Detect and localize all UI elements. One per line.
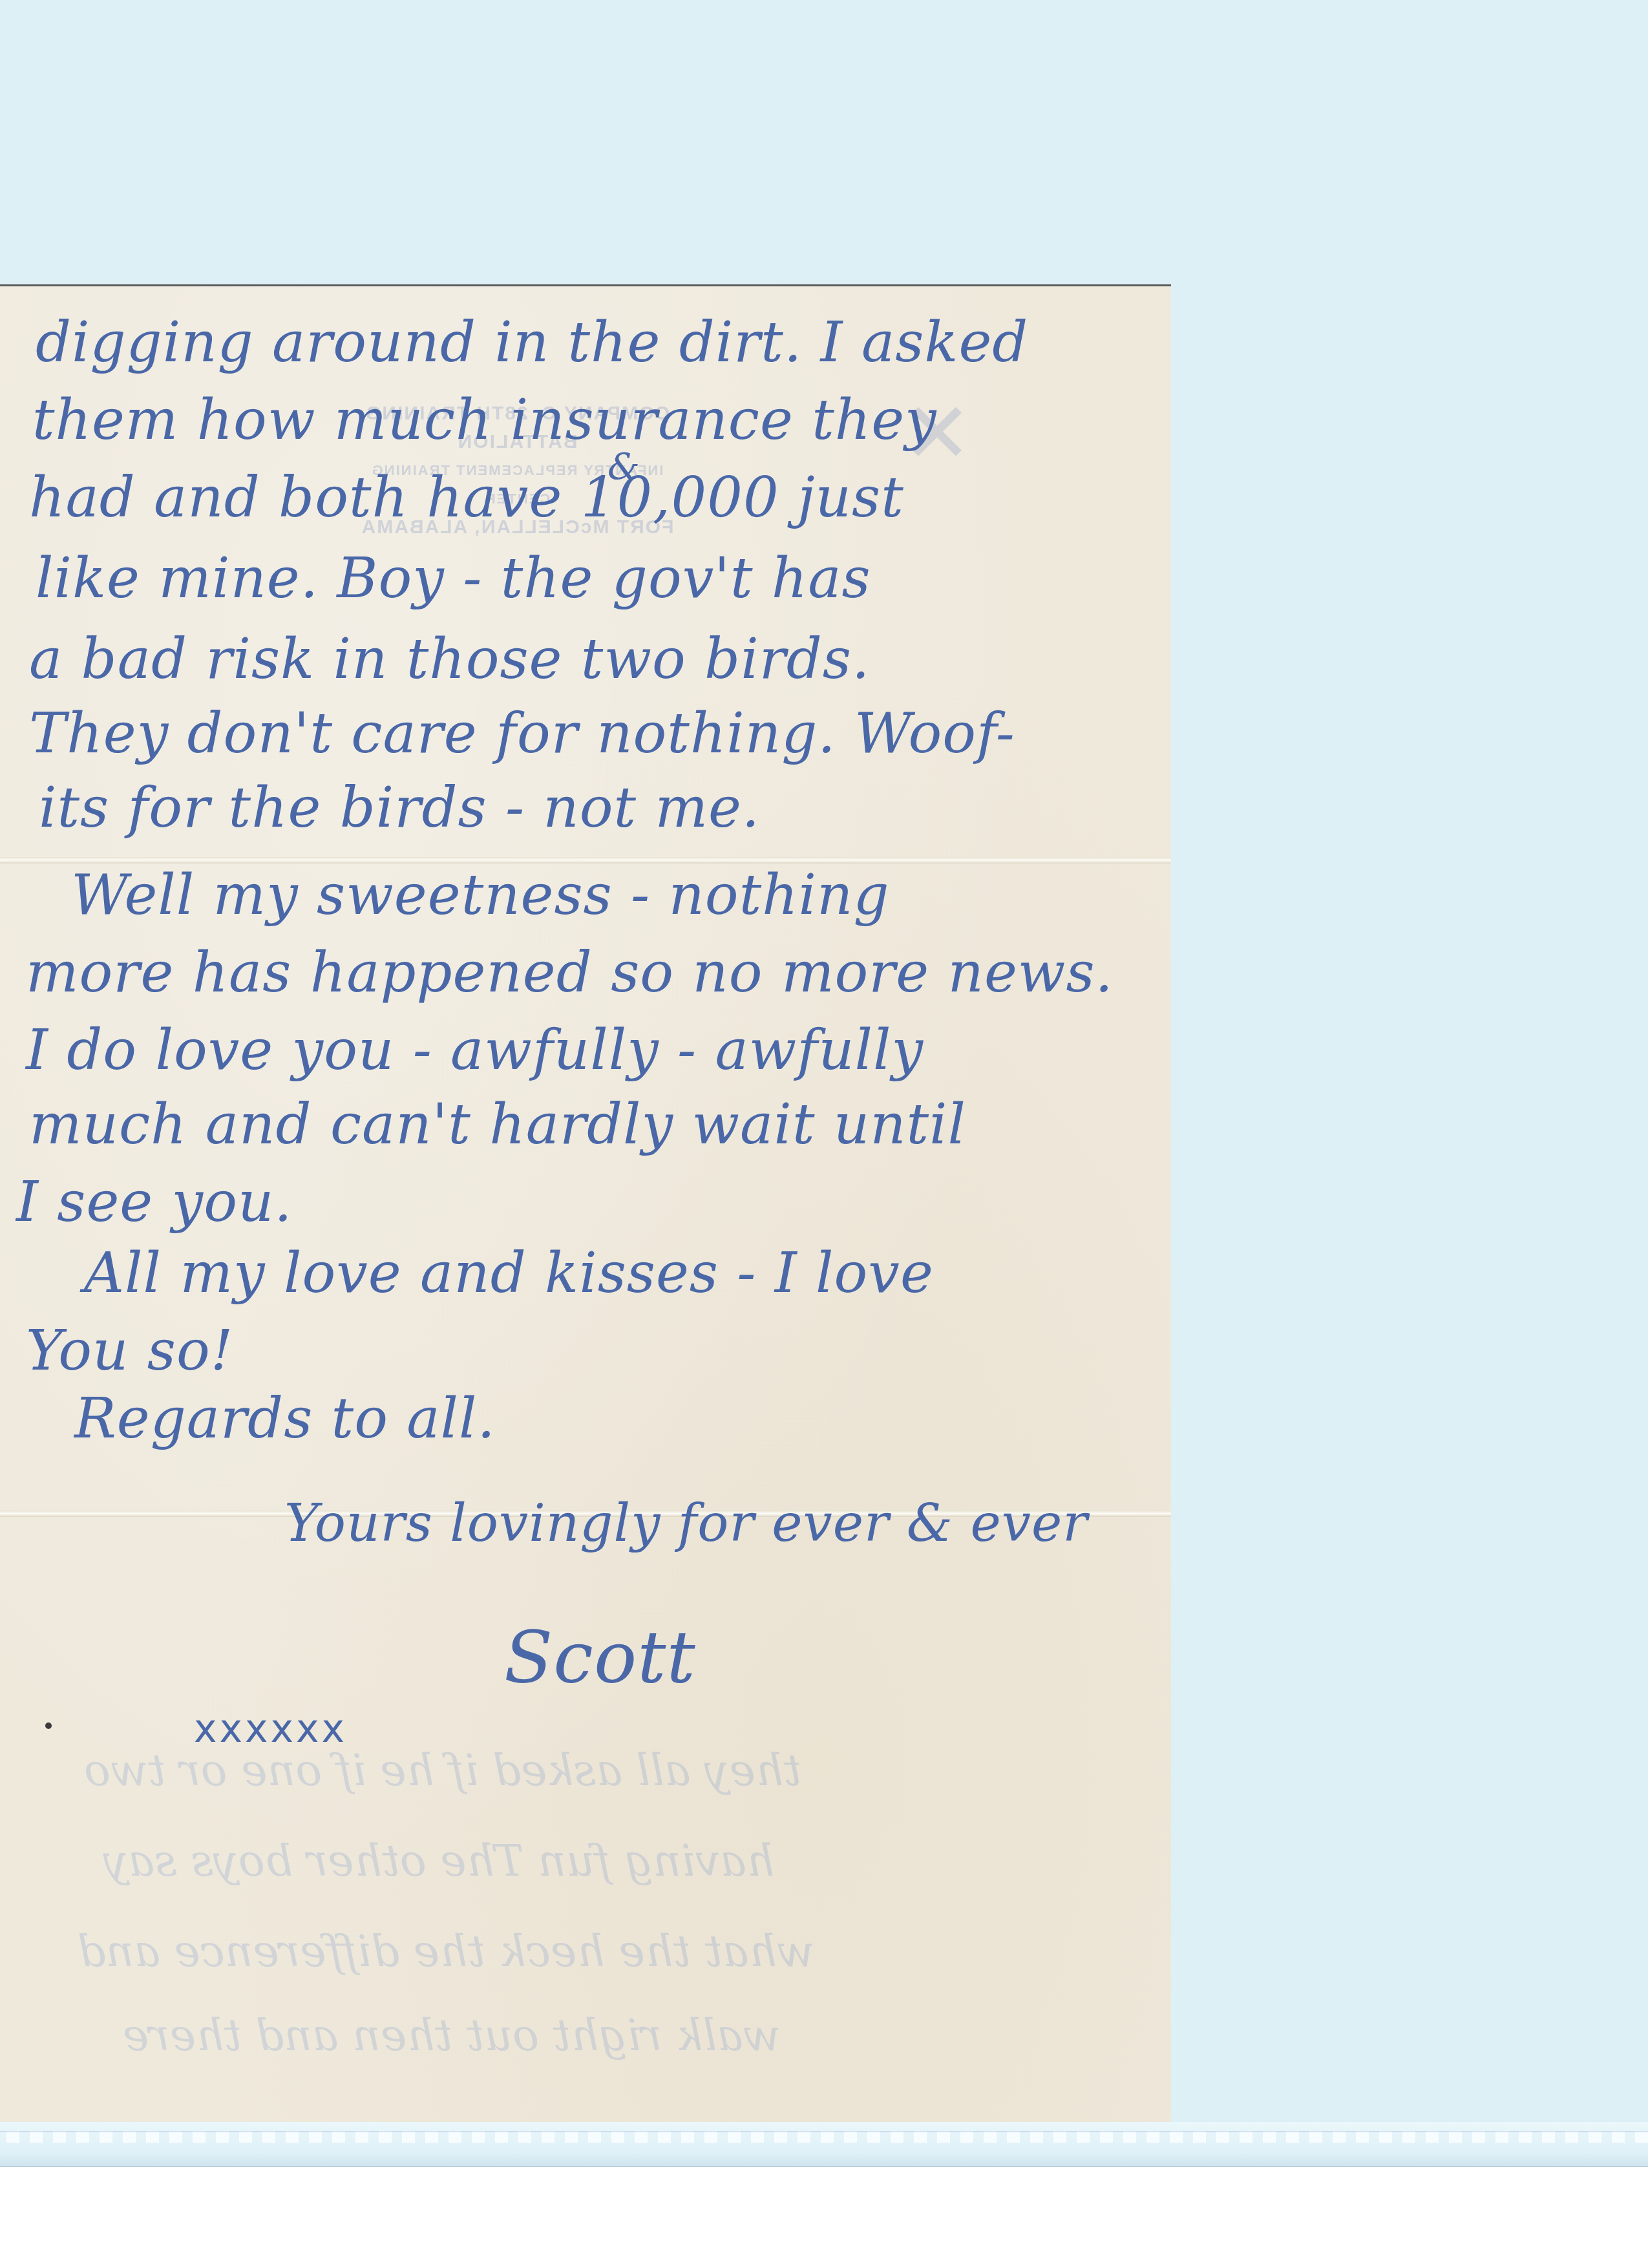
letter-line: a bad risk in those two birds. [29, 627, 870, 692]
letter-line: Regards to all. [74, 1386, 496, 1451]
reverse-text: having fun The other boys say [103, 1836, 775, 1887]
letter-line: I do love you - awfully - awfully [26, 1018, 924, 1083]
letter-line: its for the birds - not me. [39, 776, 760, 840]
letter-line: them how much insurance they [32, 388, 937, 452]
reverse-text: what the heck the difference and [78, 1926, 814, 1977]
ink-speck [45, 1722, 52, 1729]
letter-line: like mine. Boy - the gov't has [36, 546, 871, 611]
letter-line: All my love and kisses - I love [84, 1241, 934, 1306]
letter-line: had and both have 10,000 just [29, 465, 904, 530]
reverse-text: walk right out then and there [123, 2010, 781, 2061]
letter-line: They don't care for nothing. Woof- [29, 701, 1015, 766]
letter-line: You so! [26, 1319, 233, 1383]
letter-line: I see you. [16, 1170, 293, 1235]
kisses-marks: xxxxxx [194, 1706, 347, 1752]
plastic-sleeve-edge [0, 2122, 1648, 2167]
signature: Scott [504, 1616, 696, 1699]
letter-line: Well my sweetness - nothing [71, 863, 890, 927]
letter-line: more has happened so no more news. [26, 940, 1114, 1005]
reverse-text: they all asked if he if one or two [84, 1745, 801, 1796]
letter-line: much and can't hardly wait until [29, 1092, 966, 1157]
closing-line: Yours lovingly for ever & ever [284, 1493, 1088, 1553]
sleeve-perforations [0, 2131, 1648, 2143]
letter-line: digging around in the dirt. I asked [36, 310, 1028, 375]
